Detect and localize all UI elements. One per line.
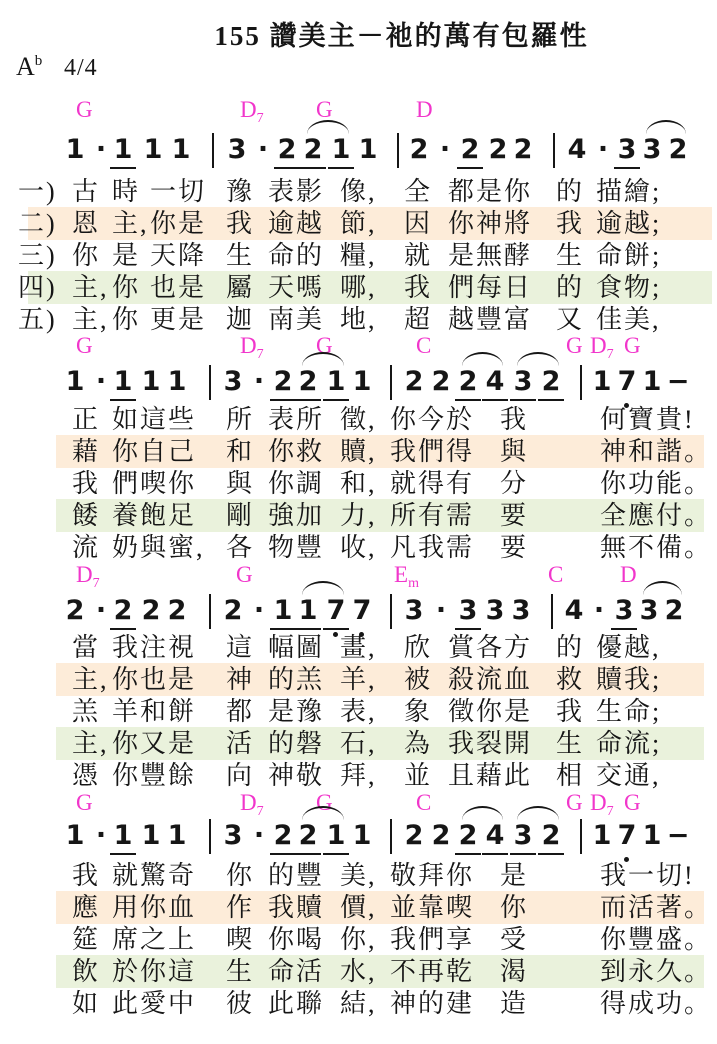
note: 2 <box>661 595 687 627</box>
lyric-segment: 喫 <box>226 924 254 956</box>
lyric-segment: 神的建 <box>390 988 474 1020</box>
lyric-segment: 賞各方 <box>448 632 532 664</box>
lyric-segment: 並靠喫 <box>390 892 474 924</box>
note: 2 <box>164 595 190 627</box>
lyric-segment: 南美 <box>268 304 324 336</box>
lyric-segment: 你神將 <box>448 208 532 240</box>
lyric-segment: 向 <box>226 760 254 792</box>
barline <box>551 594 553 629</box>
note: · <box>586 595 612 627</box>
lyric-segment: 你 <box>500 892 528 924</box>
lyric-segment: 逾越 <box>268 208 324 240</box>
slur-arc <box>307 120 349 134</box>
chord-label: D <box>620 563 637 587</box>
lyric-segment: 優越, <box>596 632 661 664</box>
note: 3 <box>614 134 640 169</box>
chord-label: D7 <box>240 791 264 815</box>
lyric-segment: 的 <box>556 176 584 208</box>
lyric-segment: 餧 <box>72 500 100 532</box>
lyric-row: 三)你是天降生命的糧,就是無酵生命餅; <box>0 240 717 272</box>
lyric-segment: 是 <box>112 240 140 272</box>
lyric-segment: 為 <box>404 728 432 760</box>
notation-line: 1·1113·2211222432171− <box>0 366 717 406</box>
key-accidental: b <box>35 53 43 69</box>
slur-arc <box>302 352 344 366</box>
lyric-segment: 我 <box>404 272 432 304</box>
chord-label: C <box>416 791 431 815</box>
note: 3 <box>611 595 637 630</box>
note: 7 <box>349 595 375 627</box>
lyric-segment: 養飽足 <box>112 500 196 532</box>
chord-label: G <box>76 334 93 358</box>
slur-arc <box>643 581 682 595</box>
note: 1 <box>328 134 354 169</box>
lyric-segment: 不再乾 <box>390 956 474 988</box>
note: 1 <box>164 820 190 852</box>
lyric-segment: 我 <box>72 468 100 500</box>
lyric-segment: 全應付。 <box>600 500 712 532</box>
lyric-segment: 古 <box>72 176 100 208</box>
lyric-segment: 敬拜你 <box>390 860 474 892</box>
note: 7 <box>614 820 640 852</box>
note: 3 <box>510 366 536 401</box>
note: 2 <box>274 134 300 169</box>
lyric-segment: 主, <box>72 728 109 760</box>
slur-arc <box>517 352 559 366</box>
note: 7 <box>614 366 640 398</box>
lyric-segment: 你是 <box>150 208 206 240</box>
lyric-segment: 都 <box>226 696 254 728</box>
lyric-segment: 到永久。 <box>600 956 712 988</box>
chord-label: C <box>416 334 431 358</box>
lyric-segment: 天嗎 <box>268 272 324 304</box>
lyric-segment: 如這些 <box>112 404 196 436</box>
lyric-segment: 造 <box>500 988 528 1020</box>
hymn-title: 155 讚美主－祂的萬有包羅性 <box>0 14 717 53</box>
note: − <box>665 820 691 852</box>
lyric-segment: 四) <box>18 272 57 304</box>
lyric-segment: 地, <box>340 304 377 336</box>
note: 2 <box>295 820 321 855</box>
note: 3 <box>510 820 536 855</box>
lyric-segment: 贖我; <box>596 664 661 696</box>
chord-label: G <box>566 791 583 815</box>
note: 2 <box>538 366 564 401</box>
barline <box>580 365 582 400</box>
lyric-segment: 我 <box>226 208 254 240</box>
lyric-segment: 五) <box>18 304 57 336</box>
chord-label: G <box>76 98 93 122</box>
notation-line: 1·1113·22112·2224·332 <box>0 134 717 174</box>
note: 2 <box>138 595 164 627</box>
note: 2 <box>300 134 326 169</box>
lyric-segment: 欣 <box>404 632 432 664</box>
lyric-segment: 就驚奇 <box>112 860 196 892</box>
note: − <box>665 366 691 398</box>
note: 1 <box>110 820 136 855</box>
note: 1 <box>270 595 296 630</box>
barline <box>580 819 582 854</box>
chord-label: G <box>624 791 641 815</box>
lyric-row: 流奶與蜜,各物豐收,凡我需要無不備。 <box>0 532 717 564</box>
lyric-segment: 羊, <box>340 664 377 696</box>
lyric-row: 一)古時一切豫表影像,全都是你的描繪; <box>0 176 717 208</box>
lyric-segment: 更是 <box>150 304 206 336</box>
lyric-segment: 你豐盛。 <box>600 924 712 956</box>
lyric-segment: 恩 <box>72 208 100 240</box>
note: 1 <box>639 366 665 398</box>
lyric-segment: 與 <box>226 468 254 500</box>
lyric-segment: 主, <box>72 664 109 696</box>
note: 2 <box>295 366 321 401</box>
lyric-segment: 生 <box>556 728 584 760</box>
lyric-segment: 應 <box>72 892 100 924</box>
note: 2 <box>510 134 536 166</box>
lyric-segment: 一切 <box>150 176 206 208</box>
lyric-segment: 各 <box>226 532 254 564</box>
key-signature: Ab <box>16 52 42 82</box>
lyric-segment: 我 <box>72 860 100 892</box>
note: 2 <box>406 134 432 166</box>
note: 2 <box>220 595 246 627</box>
note: 2 <box>270 366 296 401</box>
barline <box>390 594 392 629</box>
lyric-segment: 你 <box>112 304 140 336</box>
note: 3 <box>455 595 481 630</box>
note: 1 <box>323 366 349 401</box>
slur-arc <box>302 806 344 820</box>
lyric-segment: 飲 <box>72 956 100 988</box>
lyric-segment: 徵你是 <box>448 696 532 728</box>
lyric-segment: 都是你 <box>448 176 532 208</box>
lyric-segment: 全 <box>404 176 432 208</box>
lyric-segment: 殺流血 <box>448 664 532 696</box>
lyric-segment: 迦 <box>226 304 254 336</box>
lyric-segment: 命餅; <box>596 240 661 272</box>
note: · <box>428 595 454 627</box>
lyric-row: 四)主,你也是屬天嗎哪,我們每日的食物; <box>0 272 717 304</box>
note: 2 <box>538 820 564 855</box>
note: 1 <box>355 134 381 166</box>
lyric-segment: 屬 <box>226 272 254 304</box>
lyric-segment: 救 <box>556 664 584 696</box>
lyric-segment: 水, <box>340 956 377 988</box>
lyric-segment: 所 <box>226 404 254 436</box>
lyric-segment: 我們得 <box>390 436 474 468</box>
chord-label: G <box>76 791 93 815</box>
lyric-row: 正如這些所表所徵,你今於我何寶貴! <box>0 404 717 436</box>
lyric-segment: 所有需 <box>390 500 474 532</box>
lyric-segment: 因 <box>404 208 432 240</box>
lyric-segment: 主, <box>72 272 109 304</box>
lyric-segment: 表影 <box>268 176 324 208</box>
chord-label: D7 <box>590 334 614 358</box>
lyric-segment: 節, <box>340 208 377 240</box>
note: 1 <box>349 366 375 398</box>
barline <box>209 365 211 400</box>
lyric-segment: 神敬 <box>268 760 324 792</box>
slur-arc <box>302 581 344 595</box>
lyric-segment: 主, <box>112 208 149 240</box>
lyric-segment: 就得有 <box>390 468 474 500</box>
lyric-segment: 筵 <box>72 924 100 956</box>
lyric-segment: 你豐餘 <box>112 760 196 792</box>
time-signature: 4/4 <box>64 55 98 82</box>
lyric-row: 主,你也是神的羔羊,被殺流血救贖我; <box>0 664 717 696</box>
lyric-segment: 被 <box>404 664 432 696</box>
lyric-segment: 分 <box>500 468 528 500</box>
note: 2 <box>428 820 454 852</box>
barline <box>390 819 392 854</box>
lyric-segment: 命流; <box>596 728 661 760</box>
lyric-segment: 我 <box>500 404 528 436</box>
lyric-segment: 羔 <box>72 696 100 728</box>
lyric-segment: 像, <box>340 176 377 208</box>
lyric-segment: 生 <box>226 956 254 988</box>
note: 2 <box>401 820 427 852</box>
lyric-row: 如此愛中彼此聯結,神的建造得成功。 <box>0 988 717 1020</box>
lyric-row: 筵席之上喫你喝你,我們享受你豐盛。 <box>0 924 717 956</box>
lyric-segment: 結, <box>340 988 377 1020</box>
lyric-row: 我們喫你與你調和,就得有分你功能。 <box>0 468 717 500</box>
lyric-segment: 我們享 <box>390 924 474 956</box>
lyric-segment: 我贖 <box>268 892 324 924</box>
lyric-segment: 你調 <box>268 468 324 500</box>
note: 2 <box>485 134 511 166</box>
lyric-segment: 渴 <box>500 956 528 988</box>
lyric-segment: 豫 <box>226 176 254 208</box>
notation-line: 2·2222·11773·3334·332 <box>0 595 717 635</box>
lyric-segment: 要 <box>500 500 528 532</box>
lyric-segment: 此聯 <box>268 988 324 1020</box>
note: · <box>246 820 272 852</box>
lyric-segment: 交通, <box>596 760 661 792</box>
lyric-segment: 是豫 <box>268 696 324 728</box>
note: 3 <box>636 595 662 627</box>
slur-arc <box>517 806 559 820</box>
note: 1 <box>62 134 88 166</box>
lyric-segment: 糧, <box>340 240 377 272</box>
chord-label: G <box>624 334 641 358</box>
lyric-segment: 生命; <box>596 696 661 728</box>
lyric-segment: 你功能。 <box>600 468 712 500</box>
lyric-segment: 二) <box>18 208 57 240</box>
lyric-segment: 就 <box>404 240 432 272</box>
lyric-segment: 超 <box>404 304 432 336</box>
lyric-segment: 天降 <box>150 240 206 272</box>
note: 1 <box>138 820 164 852</box>
lyric-row: 羔羊和餅都是豫表,象徵你是我生命; <box>0 696 717 728</box>
notation-line: 1·1113·2211222432171− <box>0 820 717 860</box>
lyric-segment: 哪, <box>340 272 377 304</box>
lyric-segment: 的豐 <box>268 860 324 892</box>
lyric-segment: 你今於 <box>390 404 474 436</box>
lyric-segment: 你 <box>72 240 100 272</box>
note: 1 <box>62 820 88 852</box>
lyric-segment: 並 <box>404 760 432 792</box>
lyric-segment: 命活 <box>268 956 324 988</box>
lyric-segment: 命的 <box>268 240 324 272</box>
note: 4 <box>482 820 508 855</box>
lyric-segment: 越豐富 <box>448 304 532 336</box>
chord-label: G <box>566 334 583 358</box>
lyric-segment: 何寶貴! <box>600 404 695 436</box>
lyric-segment: 受 <box>500 924 528 956</box>
chord-label: C <box>548 563 563 587</box>
lyric-segment: 奶與蜜, <box>112 532 205 564</box>
lyric-segment: 是無酵 <box>448 240 532 272</box>
lyric-segment: 得成功。 <box>600 988 712 1020</box>
lyric-segment: 要 <box>500 532 528 564</box>
lyric-segment: 剛 <box>226 500 254 532</box>
lyric-segment: 作 <box>226 892 254 924</box>
note: 1 <box>110 134 136 169</box>
lyric-row: 二)恩主,你是我逾越節,因你神將我逾越; <box>0 208 717 240</box>
note: 2 <box>457 134 483 169</box>
lyric-segment: 逾越; <box>596 208 661 240</box>
lyric-segment: 我 <box>556 208 584 240</box>
lyric-segment: 生 <box>226 240 254 272</box>
lyric-segment: 於你這 <box>112 956 196 988</box>
note: · <box>246 595 272 627</box>
lyric-segment: 主, <box>72 304 109 336</box>
lyric-segment: 我一切! <box>600 860 695 892</box>
lyric-segment: 力, <box>340 500 377 532</box>
note: 2 <box>401 366 427 398</box>
lyric-segment: 且藉此 <box>448 760 532 792</box>
lyric-segment: 的羔 <box>268 664 324 696</box>
note: 1 <box>164 366 190 398</box>
note: 4 <box>561 595 587 627</box>
lyric-segment: 拜, <box>340 760 377 792</box>
key-letter: A <box>16 52 35 81</box>
slur-arc <box>646 120 686 134</box>
lyric-segment: 畫, <box>340 632 377 664</box>
lyric-segment: 象 <box>404 696 432 728</box>
lyric-segment: 相 <box>556 760 584 792</box>
lyric-segment: 的磐 <box>268 728 324 760</box>
lyric-segment: 的 <box>556 272 584 304</box>
lyric-segment: 時 <box>112 176 140 208</box>
lyric-segment: 們每日 <box>448 272 532 304</box>
note: · <box>246 366 272 398</box>
lyric-segment: 你, <box>340 924 377 956</box>
lyric-segment: 一) <box>18 176 57 208</box>
lyric-segment: 美, <box>340 860 377 892</box>
note: 2 <box>62 595 88 627</box>
lyric-segment: 我注視 <box>112 632 196 664</box>
note: 1 <box>140 134 166 166</box>
lyric-segment: 這 <box>226 632 254 664</box>
lyric-segment: 徵, <box>340 404 377 436</box>
chord-label: D7 <box>240 98 264 122</box>
hymn-sheet: 155 讚美主－祂的萬有包羅性 Ab 4/4 GD7GDGD7GCGD7GD7G… <box>0 0 717 1044</box>
lyric-row: 憑你豐餘向神敬拜,並且藉此相交通, <box>0 760 717 792</box>
note: 3 <box>401 595 427 627</box>
lyric-row: 當我注視這幅圖畫,欣賞各方的優越, <box>0 632 717 664</box>
barline <box>397 133 399 168</box>
barline <box>209 819 211 854</box>
lyric-segment: 描繪; <box>596 176 661 208</box>
note: · <box>250 134 276 166</box>
lyric-segment: 生 <box>556 240 584 272</box>
lyric-segment: 無不備。 <box>600 532 712 564</box>
lyric-segment: 流 <box>72 532 100 564</box>
note: 3 <box>224 134 250 166</box>
lyric-row: 餧養飽足剛強加力,所有需要全應付。 <box>0 500 717 532</box>
note: 2 <box>270 820 296 855</box>
lyric-segment: 如 <box>72 988 100 1020</box>
lyric-segment: 羊和餅 <box>112 696 196 728</box>
lyric-segment: 你 <box>226 860 254 892</box>
note: 2 <box>455 820 481 855</box>
lyric-segment: 而活著。 <box>600 892 712 924</box>
note: 3 <box>508 595 534 627</box>
lyric-segment: 彼 <box>226 988 254 1020</box>
note: 7 <box>323 595 349 630</box>
barline <box>212 133 214 168</box>
lyric-segment: 物豐 <box>268 532 324 564</box>
lyric-segment: 又 <box>556 304 584 336</box>
lyric-segment: 贖, <box>340 436 377 468</box>
barline <box>209 594 211 629</box>
chord-label: D7 <box>590 791 614 815</box>
barline <box>553 133 555 168</box>
lyric-row: 飲於你這生命活水,不再乾渴到永久。 <box>0 956 717 988</box>
note: 1 <box>138 366 164 398</box>
note: 1 <box>168 134 194 166</box>
note: 2 <box>110 595 136 630</box>
note: 3 <box>639 134 665 166</box>
lyric-row: 主,你又是活的磐石,為我裂開生命流; <box>0 728 717 760</box>
note: 1 <box>349 820 375 852</box>
chord-label: Em <box>394 563 419 587</box>
note: 1 <box>589 820 615 852</box>
lyric-segment: 你救 <box>268 436 324 468</box>
lyric-segment: 和 <box>226 436 254 468</box>
lyric-segment: 表, <box>340 696 377 728</box>
chord-label: D <box>416 98 433 122</box>
note: 3 <box>482 595 508 627</box>
note: 3 <box>220 366 246 398</box>
lyric-segment: 佳美, <box>596 304 661 336</box>
lyric-segment: 神 <box>226 664 254 696</box>
slur-arc <box>462 352 503 366</box>
lyric-row: 藉你自己和你救贖,我們得與神和諧。 <box>0 436 717 468</box>
lyric-segment: 石, <box>340 728 377 760</box>
chord-label: G <box>316 98 333 122</box>
lyric-segment: 食物; <box>596 272 661 304</box>
lyric-segment: 幅圖 <box>268 632 324 664</box>
lyric-row: 應用你血作我贖價,並靠喫你而活著。 <box>0 892 717 924</box>
lyric-segment: 的 <box>556 632 584 664</box>
note: 4 <box>564 134 590 166</box>
lyric-segment: 席之上 <box>112 924 196 956</box>
lyric-segment: 強加 <box>268 500 324 532</box>
note: 1 <box>62 366 88 398</box>
note: 2 <box>428 366 454 398</box>
lyric-segment: 你 <box>112 272 140 304</box>
lyric-segment: 價, <box>340 892 377 924</box>
lyric-segment: 三) <box>18 240 57 272</box>
lyric-segment: 你喝 <box>268 924 324 956</box>
lyric-segment: 我 <box>556 696 584 728</box>
lyric-segment: 表所 <box>268 404 324 436</box>
lyric-segment: 此愛中 <box>112 988 196 1020</box>
note: 1 <box>639 820 665 852</box>
lyric-segment: 與 <box>500 436 528 468</box>
lyric-segment: 你自己 <box>112 436 196 468</box>
